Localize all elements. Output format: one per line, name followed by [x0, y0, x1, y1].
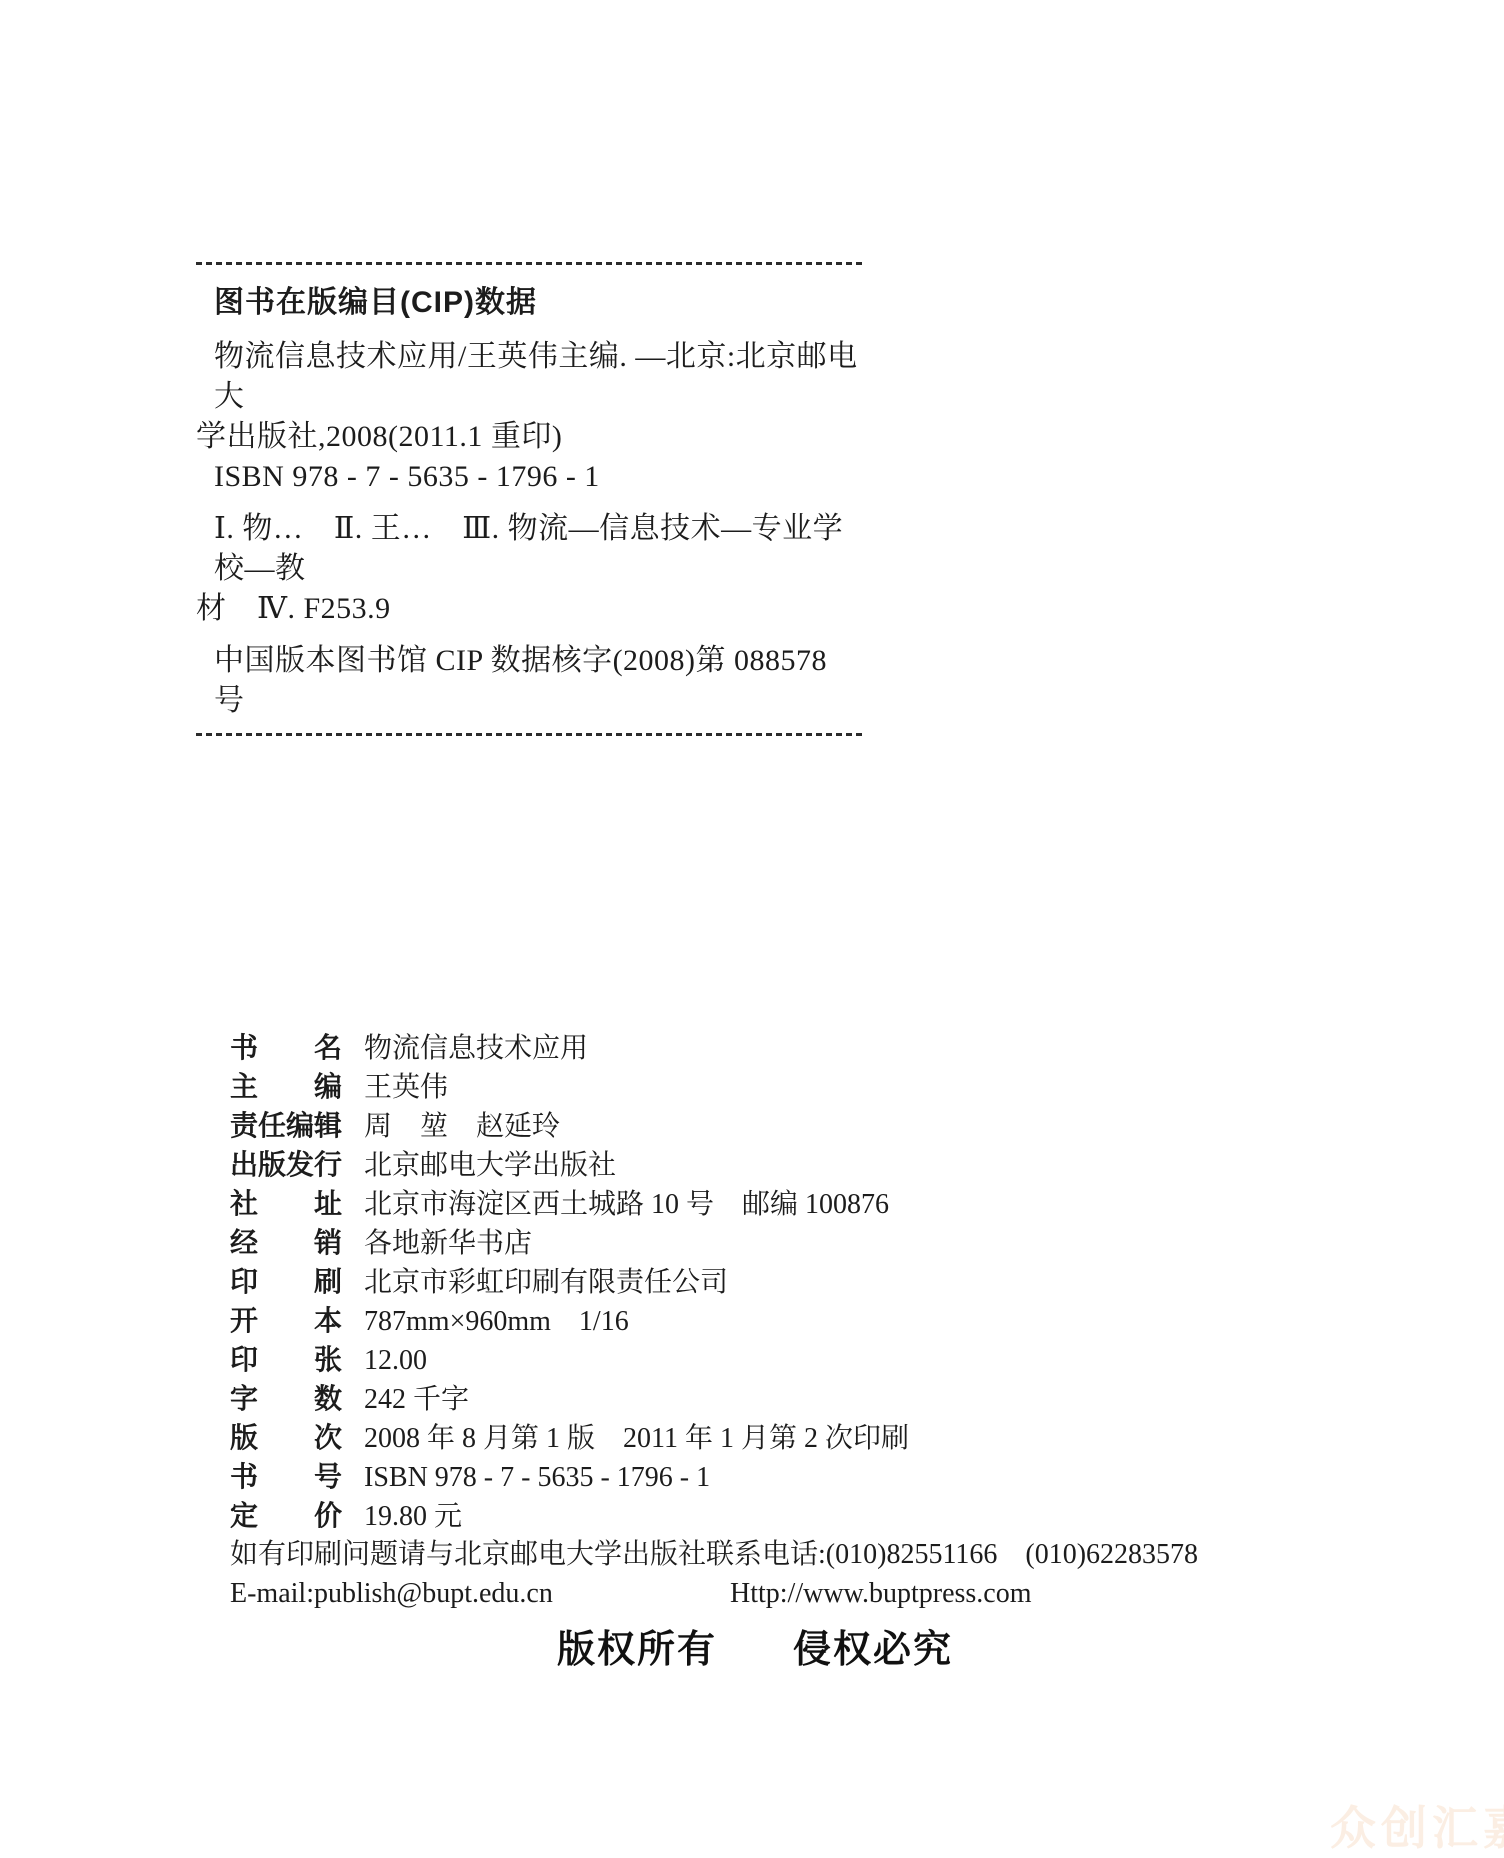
row-label: 经 销 — [230, 1223, 342, 1262]
dashed-divider-top — [196, 262, 864, 265]
row-label: 字 数 — [230, 1379, 342, 1418]
cip-isbn-line: ISBN 978 - 7 - 5635 - 1796 - 1 — [196, 457, 864, 497]
row-value: 19.80 元 — [364, 1497, 462, 1536]
watermark-text: 众创汇嘉 — [1330, 1792, 1504, 1858]
row-value: 周 堃 赵延玲 — [364, 1107, 560, 1146]
row-label: 定 价 — [230, 1496, 342, 1535]
cip-heading: 图书在版编目(CIP)数据 — [214, 285, 864, 321]
row-value: 王英伟 — [364, 1068, 448, 1107]
copyright-notice-right: 侵权必究 — [793, 1618, 953, 1673]
contact-row-online: E-mail:publish@bupt.edu.cn Http://www.bu… — [230, 1574, 1280, 1613]
colophon-row-edition: 版 次 2008 年 8 月第 1 版 2011 年 1 月第 2 次印刷 — [230, 1418, 1280, 1457]
colophon-block: 书 名 物流信息技术应用 主 编 王英伟 责任编辑 周 堃 赵延玲 出版发行 北… — [230, 1028, 1280, 1613]
colophon-row-responsible-editor: 责任编辑 周 堃 赵延玲 — [230, 1106, 1280, 1145]
row-value: 北京邮电大学出版社 — [364, 1146, 616, 1185]
colophon-row-isbn: 书 号 ISBN 978 - 7 - 5635 - 1796 - 1 — [230, 1457, 1280, 1496]
row-label: 书 号 — [230, 1457, 342, 1496]
colophon-row-word-count: 字 数 242 千字 — [230, 1379, 1280, 1418]
copyright-notice: 版权所有 侵权必究 — [557, 1618, 953, 1673]
row-value: 北京市彩虹印刷有限责任公司 — [364, 1263, 728, 1302]
cip-record-number-line: 中国版本图书馆 CIP 数据核字(2008)第 088578 号 — [196, 641, 864, 721]
row-label: 印 刷 — [230, 1262, 342, 1301]
colophon-row-book-title: 书 名 物流信息技术应用 — [230, 1028, 1280, 1067]
colophon-row-sheets: 印 张 12.00 — [230, 1340, 1280, 1379]
row-value: 242 千字 — [364, 1380, 469, 1419]
colophon-row-chief-editor: 主 编 王英伟 — [230, 1067, 1280, 1106]
row-value: 各地新华书店 — [364, 1224, 532, 1263]
copyright-page: 图书在版编目(CIP)数据 物流信息技术应用/王英伟主编. —北京:北京邮电大 … — [0, 0, 1504, 1858]
row-label: 责任编辑 — [230, 1106, 342, 1145]
cip-title-line-2: 学出版社,2008(2011.1 重印) — [196, 417, 864, 457]
row-value: ISBN 978 - 7 - 5635 - 1796 - 1 — [364, 1458, 710, 1497]
row-label: 社 址 — [230, 1184, 342, 1223]
printing-problem-notice: 如有印刷问题请与北京邮电大学出版社联系 — [230, 1535, 762, 1574]
row-value: 787mm×960mm 1/16 — [364, 1302, 629, 1341]
copyright-notice-gap — [717, 1618, 793, 1673]
colophon-row-price: 定 价 19.80 元 — [230, 1496, 1280, 1535]
dashed-divider-bottom — [196, 733, 864, 736]
cip-classification-line-1: Ⅰ. 物… Ⅱ. 王… Ⅲ. 物流—信息技术—专业学校—教 — [196, 509, 864, 589]
row-label: 书 名 — [230, 1028, 342, 1067]
colophon-row-distribution: 经 销 各地新华书店 — [230, 1223, 1280, 1262]
cip-classification-line-2: 材 Ⅳ. F253.9 — [196, 589, 864, 629]
row-label: 开 本 — [230, 1301, 342, 1340]
row-label: 出版发行 — [230, 1145, 342, 1184]
row-label: 主 编 — [230, 1067, 342, 1106]
row-label: 印 张 — [230, 1340, 342, 1379]
copyright-notice-left: 版权所有 — [557, 1618, 717, 1673]
row-value: 北京市海淀区西土城路 10 号 邮编 100876 — [364, 1185, 889, 1224]
cip-title-line-1: 物流信息技术应用/王英伟主编. —北京:北京邮电大 — [196, 337, 864, 417]
row-value: 12.00 — [364, 1341, 427, 1380]
colophon-row-publisher: 出版发行 北京邮电大学出版社 — [230, 1145, 1280, 1184]
cip-data-block: 图书在版编目(CIP)数据 物流信息技术应用/王英伟主编. —北京:北京邮电大 … — [196, 262, 864, 736]
phone-numbers: 电话:(010)82551166 (010)62283578 — [762, 1535, 1198, 1574]
colophon-row-format: 开 本 787mm×960mm 1/16 — [230, 1301, 1280, 1340]
contact-row-phone: 如有印刷问题请与北京邮电大学出版社联系 电话:(010)82551166 (01… — [230, 1535, 1280, 1574]
website-url: Http://www.buptpress.com — [730, 1574, 1032, 1613]
colophon-row-address: 社 址 北京市海淀区西土城路 10 号 邮编 100876 — [230, 1184, 1280, 1223]
email-address: E-mail:publish@bupt.edu.cn — [230, 1574, 730, 1613]
row-value: 物流信息技术应用 — [364, 1029, 588, 1068]
row-value: 2008 年 8 月第 1 版 2011 年 1 月第 2 次印刷 — [364, 1419, 909, 1458]
row-label: 版 次 — [230, 1418, 342, 1457]
colophon-row-printer: 印 刷 北京市彩虹印刷有限责任公司 — [230, 1262, 1280, 1301]
